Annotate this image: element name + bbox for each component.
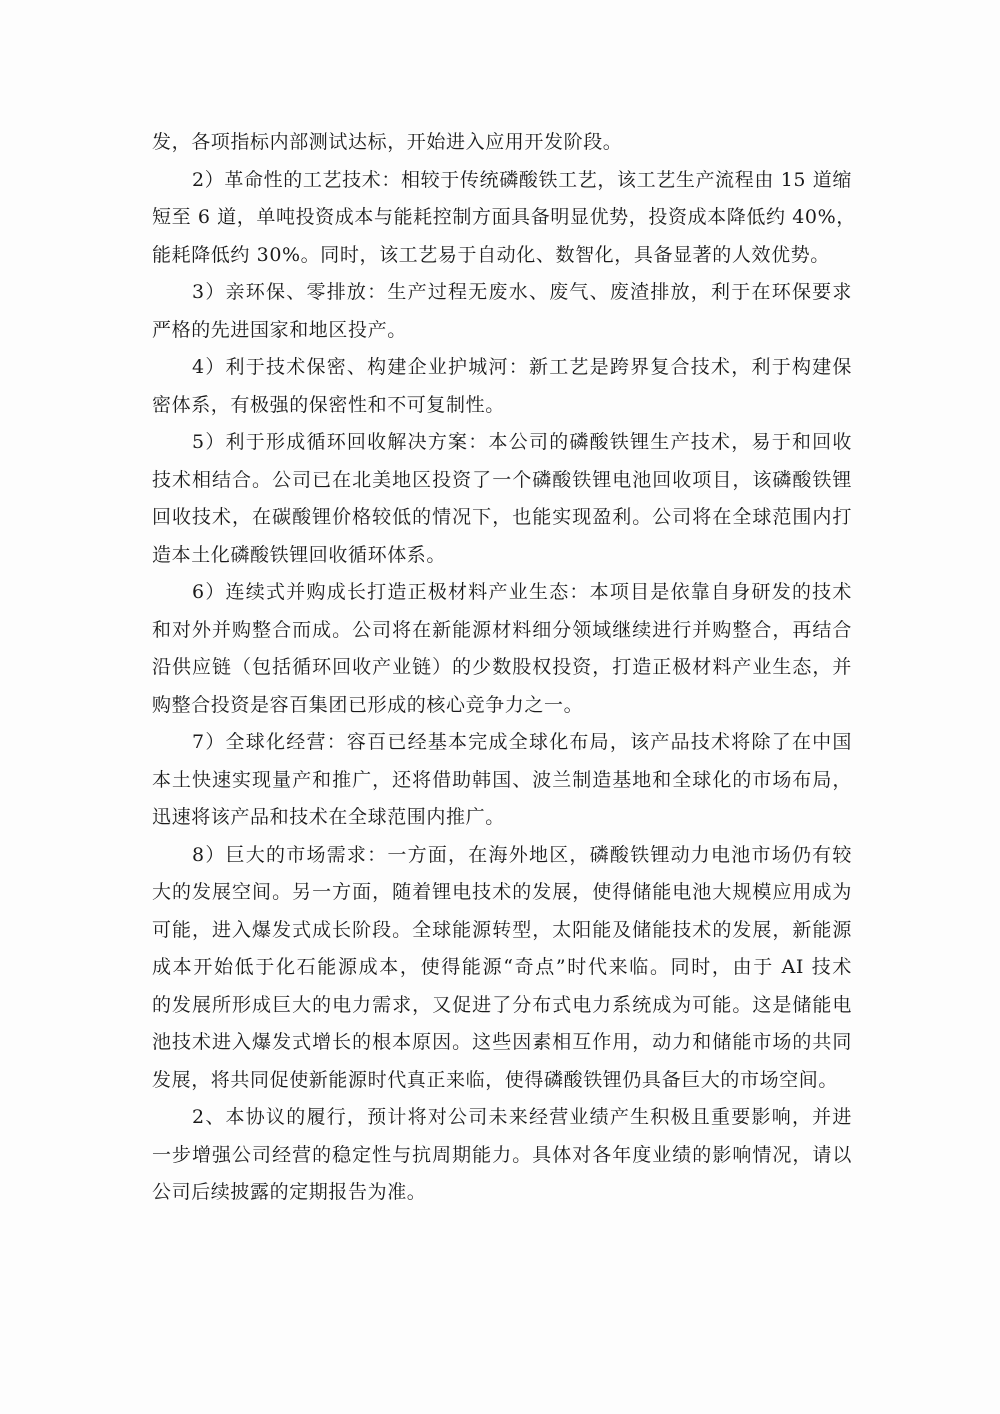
text-line: 的发展所形成巨大的电力需求，又促进了分布式电力系统成为可能。这是储能电 [152, 987, 852, 1025]
text-line: 能耗降低约 30%。同时，该工艺易于自动化、数智化，具备显著的人效优势。 [152, 237, 852, 275]
text-line: 发展，将共同促使新能源时代真正来临，使得磷酸铁锂仍具备巨大的市场空间。 [152, 1062, 852, 1100]
paragraph-continued: 发，各项指标内部测试达标，开始进入应用开发阶段。 [152, 124, 852, 162]
paragraph-mergers: 6）连续式并购成长打造正极材料产业生态：本项目是依靠自身研发的技术 和对外并购整… [152, 574, 852, 724]
text-line: 池技术进入爆发式增长的根本原因。这些因素相互作用，动力和储能市场的共同 [152, 1024, 852, 1062]
text-line: 2、本协议的履行，预计将对公司未来经营业绩产生积极且重要影响，并进 [152, 1099, 852, 1137]
text-line: 6）连续式并购成长打造正极材料产业生态：本项目是依靠自身研发的技术 [152, 574, 852, 612]
text-line: 2）革命性的工艺技术：相较于传统磷酸铁工艺，该工艺生产流程由 15 道缩 [152, 162, 852, 200]
paragraph-market-demand: 8）巨大的市场需求：一方面，在海外地区，磷酸铁锂动力电池市场仍有较 大的发展空间… [152, 837, 852, 1100]
paragraph-globalization: 7）全球化经营：容百已经基本完成全球化布局，该产品技术将除了在中国 本土快速实现… [152, 724, 852, 837]
text-line: 密体系，有极强的保密性和不可复制性。 [152, 387, 852, 425]
text-line: 造本土化磷酸铁锂回收循环体系。 [152, 537, 852, 575]
text-line: 发，各项指标内部测试达标，开始进入应用开发阶段。 [152, 124, 852, 162]
text-line: 8）巨大的市场需求：一方面，在海外地区，磷酸铁锂动力电池市场仍有较 [152, 837, 852, 875]
text-line: 严格的先进国家和地区投产。 [152, 312, 852, 350]
document-body: 发，各项指标内部测试达标，开始进入应用开发阶段。 2）革命性的工艺技术：相较于传… [152, 124, 852, 1212]
text-line: 公司后续披露的定期报告为准。 [152, 1174, 852, 1212]
text-line: 购整合投资是容百集团已形成的核心竞争力之一。 [152, 687, 852, 725]
paragraph-process-technology: 2）革命性的工艺技术：相较于传统磷酸铁工艺，该工艺生产流程由 15 道缩 短至 … [152, 162, 852, 275]
text-line: 短至 6 道，单吨投资成本与能耗控制方面具备明显优势，投资成本降低约 40%， [152, 199, 852, 237]
text-line: 技术相结合。公司已在北美地区投资了一个磷酸铁锂电池回收项目，该磷酸铁锂 [152, 462, 852, 500]
text-line: 和对外并购整合而成。公司将在新能源材料细分领域继续进行并购整合，再结合 [152, 612, 852, 650]
text-line: 3）亲环保、零排放：生产过程无废水、废气、废渣排放，利于在环保要求 [152, 274, 852, 312]
text-line: 成本开始低于化石能源成本，使得能源“奇点”时代来临。同时，由于 AI 技术 [152, 949, 852, 987]
paragraph-zero-emission: 3）亲环保、零排放：生产过程无废水、废气、废渣排放，利于在环保要求 严格的先进国… [152, 274, 852, 349]
text-line: 4）利于技术保密、构建企业护城河：新工艺是跨界复合技术，利于构建保 [152, 349, 852, 387]
document-page: 发，各项指标内部测试达标，开始进入应用开发阶段。 2）革命性的工艺技术：相较于传… [0, 0, 1000, 1414]
text-line: 回收技术，在碳酸锂价格较低的情况下，也能实现盈利。公司将在全球范围内打 [152, 499, 852, 537]
text-line: 5）利于形成循环回收解决方案：本公司的磷酸铁锂生产技术，易于和回收 [152, 424, 852, 462]
text-line: 可能，进入爆发式成长阶段。全球能源转型，太阳能及储能技术的发展，新能源 [152, 912, 852, 950]
text-line: 本土快速实现量产和推广，还将借助韩国、波兰制造基地和全球化的市场布局， [152, 762, 852, 800]
paragraph-recycling: 5）利于形成循环回收解决方案：本公司的磷酸铁锂生产技术，易于和回收 技术相结合。… [152, 424, 852, 574]
text-line: 大的发展空间。另一方面，随着锂电技术的发展，使得储能电池大规模应用成为 [152, 874, 852, 912]
text-line: 一步增强公司经营的稳定性与抗周期能力。具体对各年度业绩的影响情况，请以 [152, 1137, 852, 1175]
text-line: 沿供应链（包括循环回收产业链）的少数股权投资，打造正极材料产业生态，并 [152, 649, 852, 687]
paragraph-confidentiality: 4）利于技术保密、构建企业护城河：新工艺是跨界复合技术，利于构建保 密体系，有极… [152, 349, 852, 424]
text-line: 7）全球化经营：容百已经基本完成全球化布局，该产品技术将除了在中国 [152, 724, 852, 762]
paragraph-agreement-impact: 2、本协议的履行，预计将对公司未来经营业绩产生积极且重要影响，并进 一步增强公司… [152, 1099, 852, 1212]
text-line: 迅速将该产品和技术在全球范围内推广。 [152, 799, 852, 837]
